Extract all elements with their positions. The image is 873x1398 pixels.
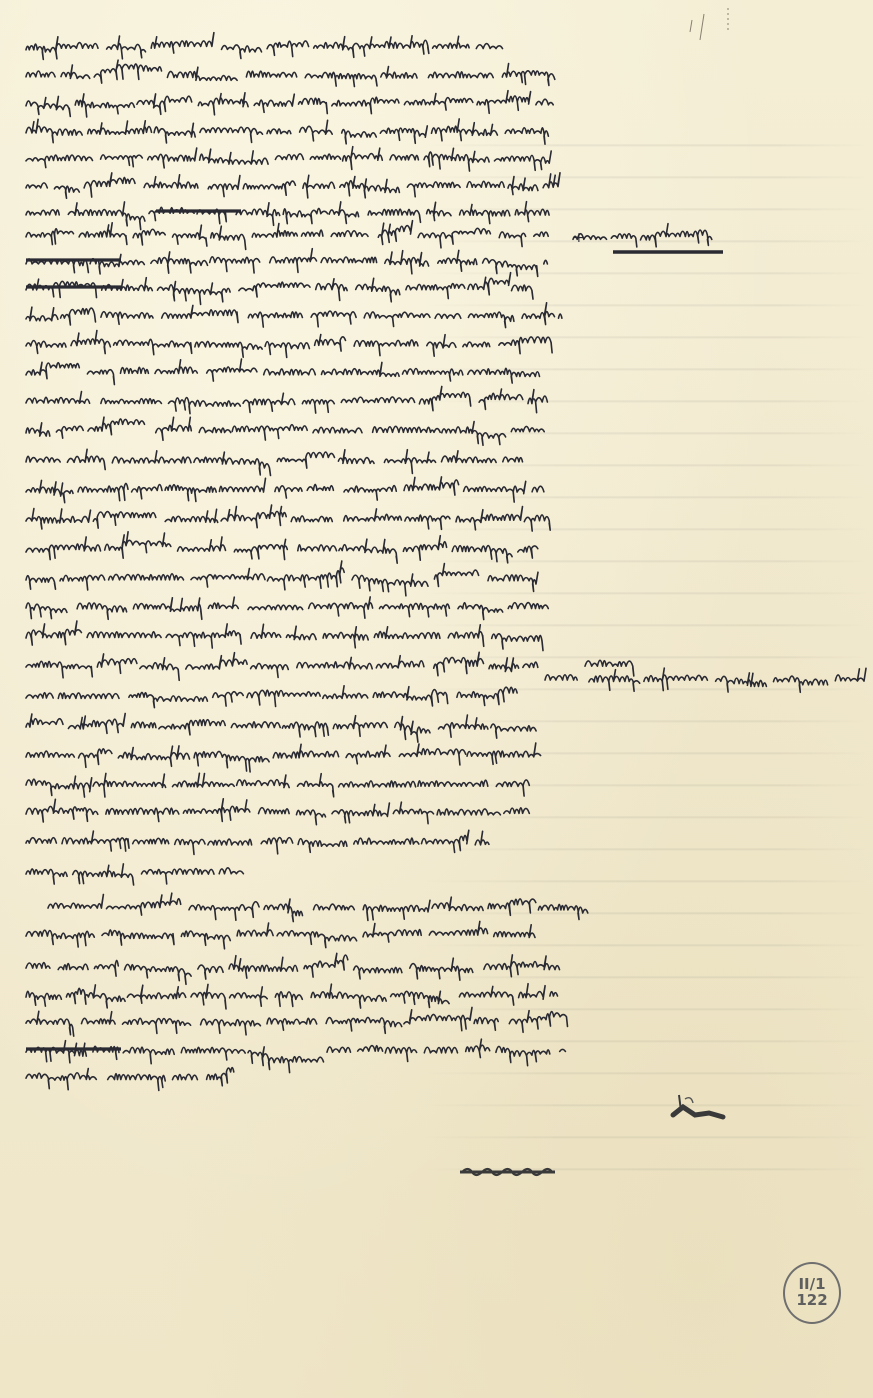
manuscript-line [26,861,241,881]
manuscript-line [26,277,526,297]
manuscript-line [26,333,546,353]
manuscript-line [26,625,541,645]
margin-note-1: + [573,226,728,260]
manuscript-line [26,361,536,381]
manuscript-line [26,773,526,793]
manuscript-line [26,64,551,84]
manuscript-line [26,92,551,112]
margin-note-2 [545,668,870,702]
manuscript-line [26,984,556,1004]
manuscript-line [26,801,526,821]
manuscript-line [26,175,556,195]
insertion-glyph-icon [665,1085,745,1125]
manuscript-line [26,449,521,469]
manuscript-line [26,120,546,140]
folio-stamp: II/1 122 [783,1262,841,1324]
manuscript-line [26,305,561,325]
manuscript-line [26,1011,561,1031]
manuscript-line [48,896,583,916]
manuscript-line [26,250,546,270]
edge-tick-marks [680,0,760,40]
manuscript-line [26,478,541,498]
manuscript-page: + II/1 122 [0,0,873,1398]
manuscript-line [26,831,486,851]
manuscript-line [26,655,536,675]
manuscript-line [26,390,546,410]
manuscript-line [26,224,546,244]
manuscript-line [26,596,546,616]
manuscript-line [26,419,541,439]
manuscript-line [26,923,531,943]
manuscript-line [26,685,516,705]
manuscript-line [26,1066,236,1086]
manuscript-line [26,1039,561,1059]
manuscript-line [26,201,546,221]
manuscript-line [26,744,536,764]
folio-number: 122 [796,1293,827,1309]
manuscript-line [26,715,536,735]
manuscript-line [26,538,536,558]
manuscript-line [26,956,566,976]
manuscript-line [26,567,536,587]
struck-word-bottom [460,1160,570,1184]
manuscript-line [26,508,546,528]
manuscript-line [26,36,501,56]
svg-text:+: + [573,230,585,246]
manuscript-line [26,147,546,167]
